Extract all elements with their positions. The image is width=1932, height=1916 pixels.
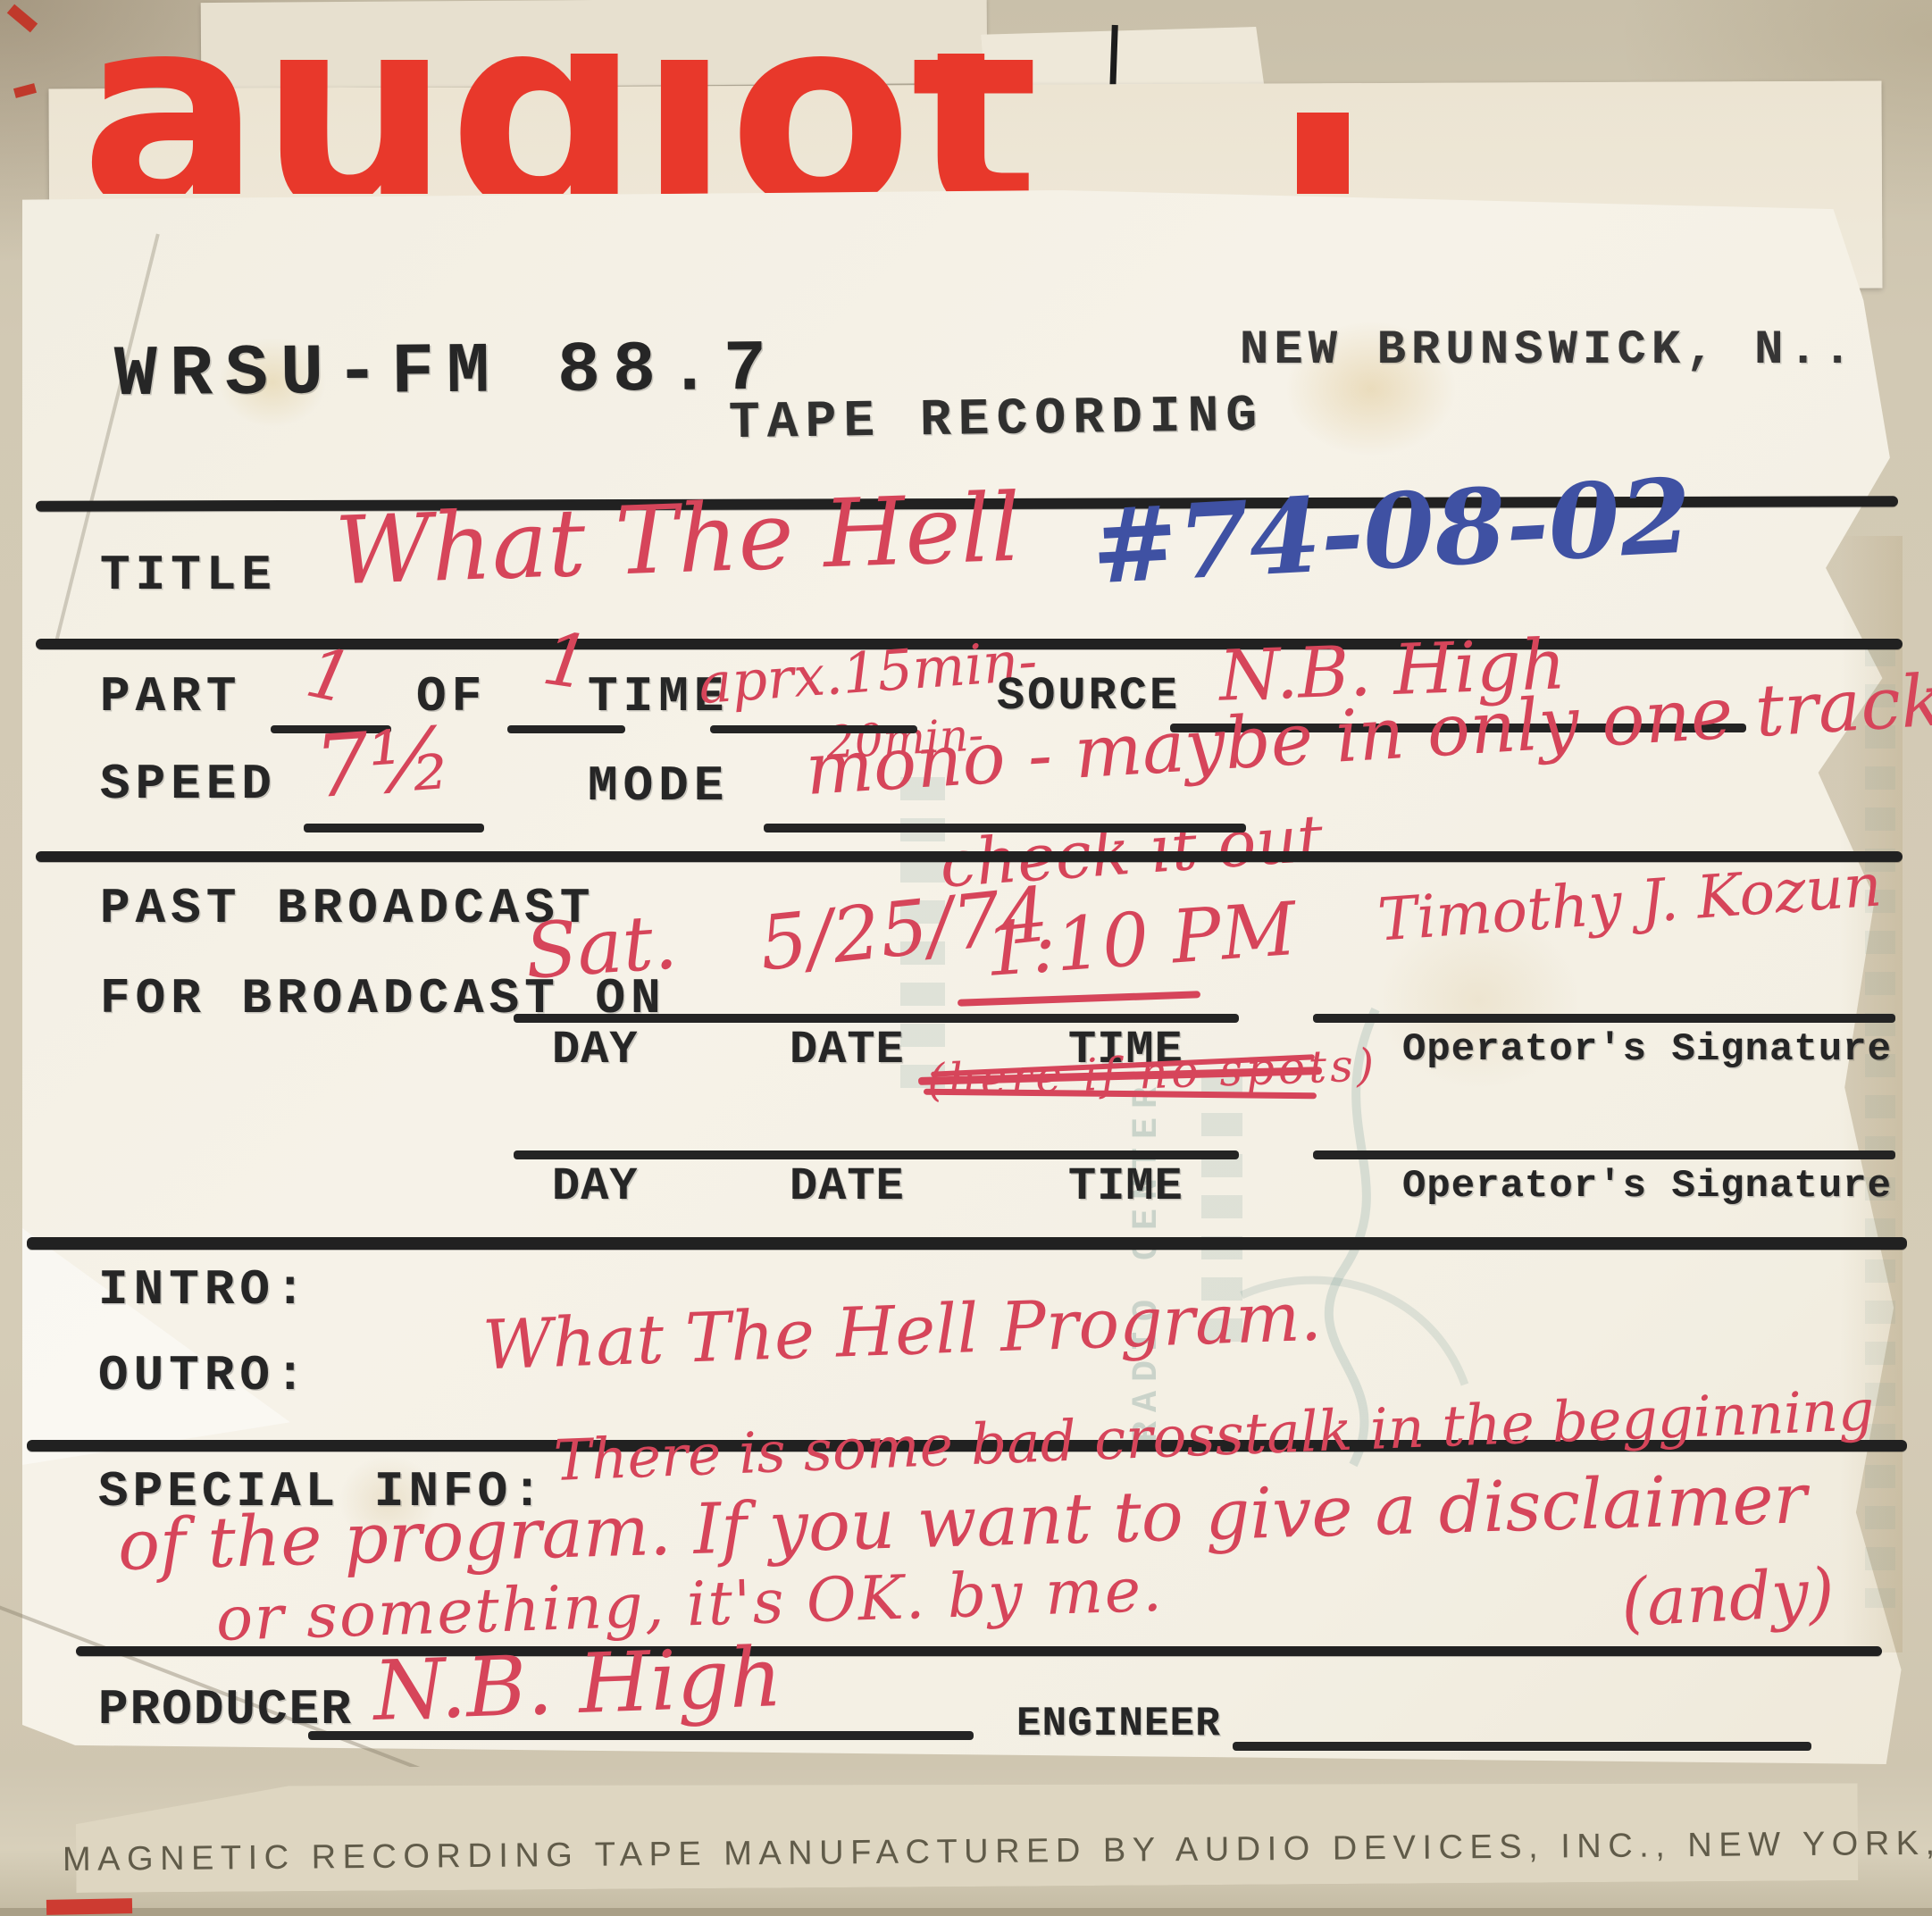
red-speck-1 (7, 4, 38, 33)
speed-value: 7½ (312, 715, 455, 811)
past-broadcast-label: PAST BROADCAST (100, 880, 595, 937)
producer-label: PRODUCER (98, 1681, 353, 1738)
broadcast-blank-row1-left (514, 1014, 1239, 1023)
date-column-label-row1: DATE (790, 1024, 905, 1076)
station-location: NEW BRUNSWICK, N.. (1240, 323, 1857, 378)
time-column-label-row2: TIME (1068, 1160, 1183, 1213)
tape-box-scan: audiot RADIO CENTER WRSU-FM 88.7 NEW BRU… (0, 0, 1932, 1916)
station-callsign: WRSU-FM 88.7 (114, 330, 780, 416)
ghost-text-bars-3 (1865, 643, 1895, 1608)
date-column-label-row2: DATE (790, 1160, 905, 1213)
red-speck-2 (13, 83, 37, 98)
of-blank (507, 725, 625, 733)
tape-number: #74-08-02 (1089, 464, 1694, 598)
form-rule-4 (27, 1237, 1907, 1250)
mode-blank (764, 824, 1246, 832)
engineer-label: ENGINEER (1016, 1701, 1221, 1747)
box-bottom-edge (0, 1908, 1932, 1916)
day-column-label-row2: DAY (552, 1160, 639, 1213)
producer-value: N.B. High (372, 1636, 784, 1733)
form-rule-6 (76, 1646, 1882, 1656)
title-label: TITLE (100, 547, 277, 604)
ghost-bleed-text: RADIO CENTER (1127, 1058, 1167, 1443)
mode-label: MODE (588, 757, 729, 815)
red-sliver-bottom (46, 1898, 132, 1915)
broadcast-blank-row2-right (1313, 1150, 1895, 1159)
producer-blank (308, 1731, 974, 1740)
intro-label: INTRO: (98, 1261, 311, 1318)
brand-letter-fragment (1297, 113, 1349, 194)
broadcast-blank-row1-right (1313, 1014, 1895, 1023)
speed-label: SPEED (100, 756, 277, 813)
speed-blank (304, 824, 484, 832)
title-value: What The Hell (333, 481, 1022, 599)
brand-logo-text: audiot (80, 54, 1037, 194)
operator-signature-label-row2: Operator's Signature (1402, 1164, 1892, 1209)
brand-logo-clip: audiot (49, 54, 1407, 194)
day-column-label-row1: DAY (552, 1024, 639, 1076)
broadcast-day-value: Sat. (523, 904, 680, 991)
part-label: PART (100, 668, 241, 725)
form-rule-3 (36, 851, 1903, 862)
operator-signature-label-row1: Operator's Signature (1402, 1027, 1892, 1072)
broadcast-time-value: 1:10 PM (983, 893, 1299, 988)
engineer-blank (1233, 1742, 1811, 1751)
outro-label: OUTRO: (98, 1347, 311, 1404)
broadcast-blank-row2-left (514, 1150, 1239, 1159)
special-info-signoff: (andy) (1619, 1560, 1836, 1636)
form-title: TAPE RECORDING (729, 388, 1265, 453)
